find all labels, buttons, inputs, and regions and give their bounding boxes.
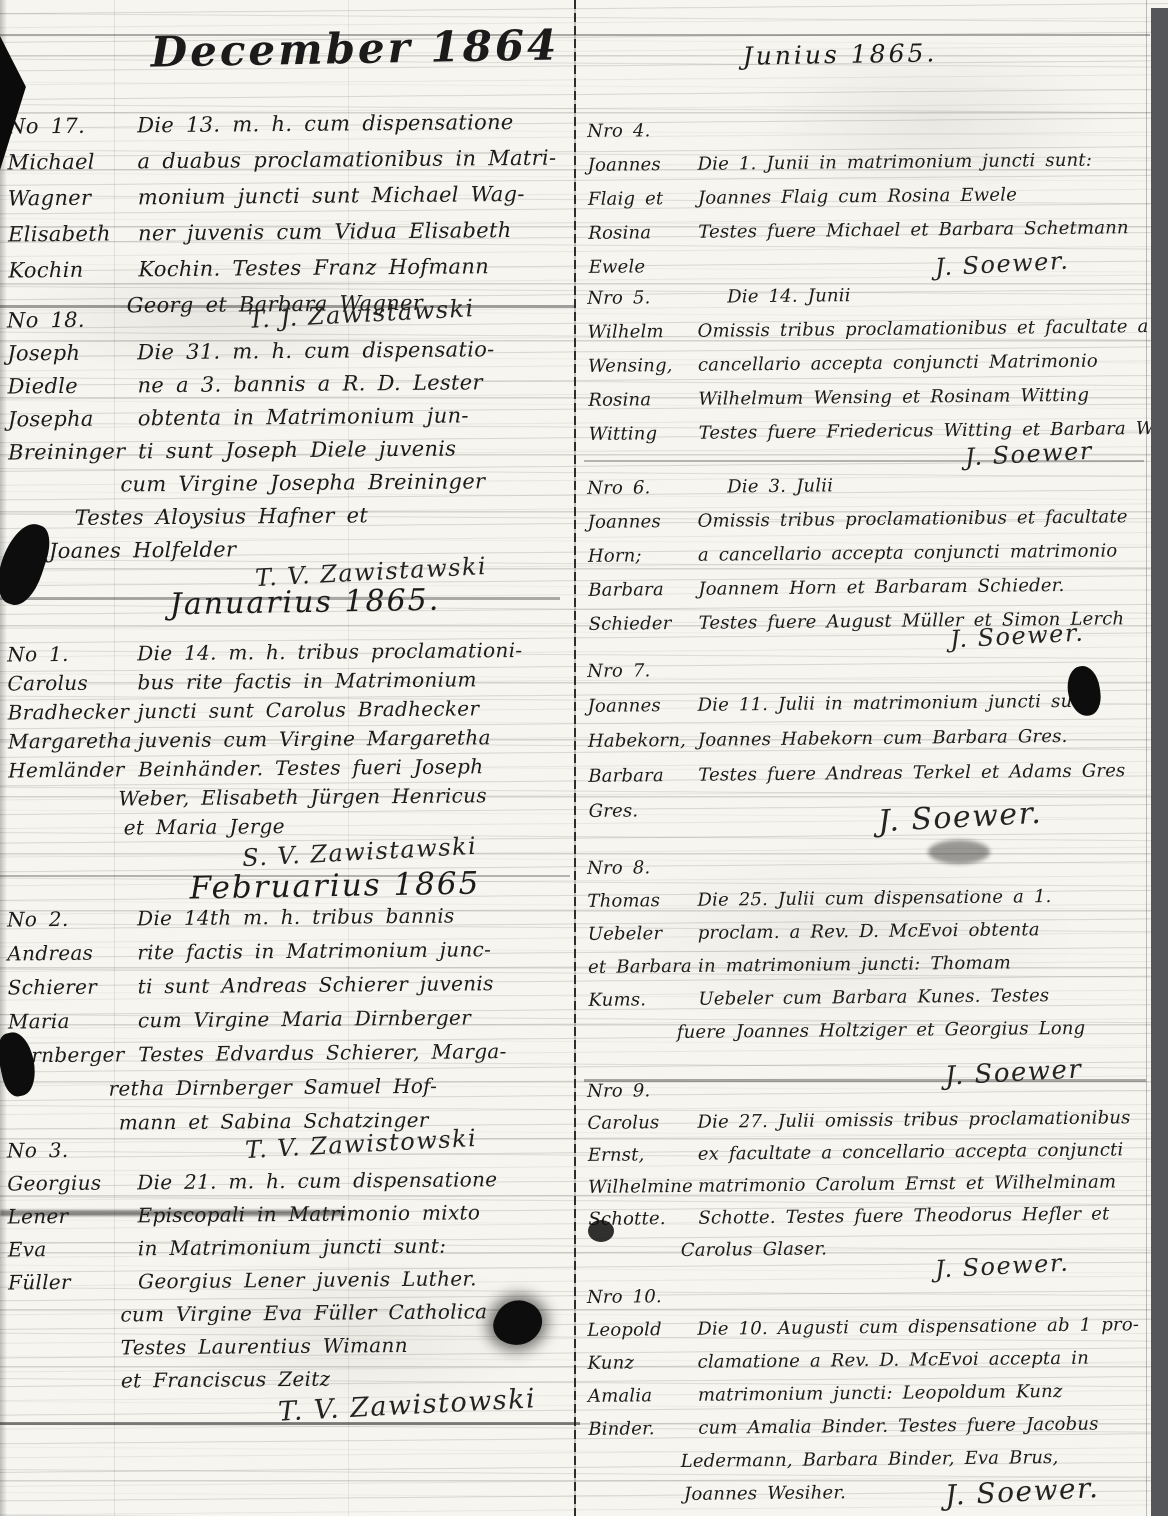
margin-name: Witting	[589, 423, 699, 445]
margin-name: Gres.	[589, 800, 699, 822]
entry-line: proclam. a Rev. D. McEvoi obtenta	[698, 918, 1148, 944]
margin-name: Margaretha	[8, 728, 138, 753]
entry-number: No 2.	[7, 906, 137, 931]
entry-line: cum Amalia Binder. Testes fuere Jacobus	[698, 1413, 1148, 1439]
margin-name: Breininger	[8, 439, 138, 464]
entry-line: Die 27. Julii omissis tribus proclamatio…	[697, 1107, 1147, 1133]
register-entry-no1: No 1.Die 14. m. h. tribus proclamationi-…	[7, 638, 571, 846]
entry-line	[697, 868, 1147, 873]
register-entry-nro5: Nro 5.Die 14. Junii WilhelmOmissis tribu…	[587, 282, 1149, 458]
entry-row: Andreasrite factis in Matrimonium junc-	[7, 937, 569, 976]
margin-name: Leopold	[587, 1319, 697, 1341]
entry-row: fuere Joannes Holtziger et Georgius Long	[589, 1017, 1149, 1056]
margin-name: Eva	[8, 1236, 138, 1261]
entry-line: Die 10. Augusti cum dispensatione ab 1 p…	[697, 1314, 1147, 1340]
margin-name: Josepha	[8, 406, 138, 431]
entry-line: Testes fuere Friedericus Witting et Barb…	[699, 417, 1168, 443]
entry-line: et Maria Jerge	[9, 812, 571, 841]
margin-name: Barbara	[588, 579, 698, 601]
entry-line: Uebeler cum Barbara Kunes. Testes	[698, 984, 1148, 1010]
entry-row: JosephDie 31. m. h. cum dispensatio-	[7, 337, 569, 375]
entry-line: fuere Joannes Holtziger et Georgius Long	[589, 1017, 1149, 1044]
entry-line: obtenta in Matrimonium jun-	[138, 403, 570, 431]
entry-line: Georgius Lener juvenis Luther.	[138, 1266, 570, 1294]
entry-number: No 3.	[7, 1137, 137, 1162]
entry-line: Episcopali in Matrimonio mixto	[137, 1200, 569, 1228]
entry-line: Die 13. m. h. cum dispensatione	[137, 110, 569, 138]
margin-name: Füller	[8, 1269, 138, 1294]
entry-line	[697, 1297, 1147, 1302]
entry-row: No 17.Die 13. m. h. cum dispensatione	[7, 110, 569, 151]
margin-name: Georgius	[7, 1170, 137, 1195]
entry-line: cum Virgine Josepha Breininger	[8, 469, 570, 498]
entry-row: Evain Matrimonium juncti sunt:	[8, 1233, 570, 1271]
margin-name: Wagner	[8, 185, 138, 210]
entry-line: Ledermann, Barbara Binder, Eva Brus,	[589, 1446, 1149, 1473]
entry-line: cancellario accepta conjuncti Matrimonio	[698, 350, 1148, 376]
entry-line: Omissis tribus proclamationibus et facul…	[697, 506, 1147, 532]
priest-signature: J. Soewer.	[877, 796, 1043, 840]
entry-line: cum Virgine Maria Dirnberger	[138, 1005, 570, 1033]
entry-line: Wilhelmum Wensing et Rosinam Witting	[698, 384, 1148, 410]
margin-name: Carolus	[587, 1112, 697, 1134]
entry-line: Die 21. m. h. cum dispensatione	[137, 1167, 569, 1195]
margin-name: Binder.	[588, 1418, 698, 1440]
margin-name: Hemländer	[8, 757, 138, 782]
entry-line: juvenis cum Virgine Margaretha	[138, 725, 570, 753]
entry-line: matrimonium juncti: Leopoldum Kunz	[698, 1380, 1148, 1406]
entry-line: Die 1. Junii in matrimonium juncti sunt:	[697, 149, 1147, 175]
entry-line: clamatione a Rev. D. McEvoi accepta in	[697, 1347, 1147, 1373]
entry-line: a cancellario accepta conjuncti matrimon…	[698, 540, 1148, 566]
margin-name: Thomas	[587, 890, 697, 912]
entry-row: Diedlene a 3. bannis a R. D. Lester	[7, 370, 569, 408]
entry-row: Testes Laurentius Wimann	[9, 1332, 571, 1370]
entry-line: Testes fuere Michael et Barbara Schetman…	[698, 217, 1148, 243]
entry-number: No 1.	[7, 641, 137, 666]
register-entry-no18: No 18. JosephDie 31. m. h. cum dispensat…	[7, 304, 571, 573]
margin-name: Joannes	[587, 695, 697, 717]
margin-name: Joseph	[7, 340, 137, 365]
margin-name: Bradhecker	[8, 699, 138, 724]
margin-name: Diedle	[7, 373, 137, 398]
entry-line: Die 14th m. h. tribus bannis	[137, 903, 569, 931]
margin-name: Joannes	[587, 511, 697, 533]
entry-line	[697, 131, 1147, 136]
entry-line: Testes Laurentius Wimann	[9, 1332, 571, 1361]
entry-line: matrimonio Carolum Ernst et Wilhelminam	[698, 1171, 1148, 1197]
entry-line: Die 14. m. h. tribus proclamationi-	[137, 638, 569, 666]
margin-name: et Barbara	[588, 956, 698, 978]
priest-signature: J. Soewer	[964, 437, 1093, 472]
entry-line: rite factis in Matrimonium junc-	[137, 937, 569, 965]
margin-name: Kunz	[587, 1352, 697, 1374]
entry-row: LenerEpiscopali in Matrimonio mixto	[7, 1200, 569, 1238]
entry-date-line: Die 3. Julii	[697, 472, 1147, 498]
entry-line: Omissis tribus proclamationibus et facul…	[697, 316, 1148, 342]
entry-line: ne a 3. bannis a R. D. Lester	[137, 370, 569, 398]
entry-number: Nro 6.	[587, 477, 697, 499]
entry-line	[697, 1091, 1147, 1096]
entry-row: BarbaraTestes fuere Andreas Terkel et Ad…	[588, 760, 1148, 801]
entry-line: monium juncti sunt Michael Wag-	[138, 182, 570, 210]
priest-signature: J. Soewer.	[934, 1249, 1070, 1284]
entry-date-line: Die 14. Junii	[697, 282, 1147, 308]
entry-line: Joannes Flaig cum Rosina Ewele	[698, 183, 1148, 209]
entry-line: retha Dirnberger Samuel Hof-	[8, 1073, 570, 1102]
page-edge-shadow	[0, 0, 7, 1516]
entry-line: ex facultate a concellario accepta conju…	[698, 1139, 1148, 1165]
entry-row: Testes Aloysius Hafner et	[9, 502, 571, 540]
entry-line: Die 31. m. h. cum dispensatio-	[137, 337, 569, 365]
margin-name: Elisabeth	[8, 221, 138, 246]
margin-name: Carolus	[7, 670, 137, 695]
entry-line: Testes Edvardus Schierer, Marga-	[138, 1039, 570, 1067]
entry-row: JoannesDie 11. Julii in matrimonium junc…	[587, 690, 1147, 731]
entry-number: Nro 7.	[587, 660, 697, 682]
entry-line: juncti sunt Carolus Bradhecker	[138, 696, 570, 724]
register-page-scan: December 1864 No 17.Die 13. m. h. cum di…	[0, 0, 1168, 1516]
entry-row: Elisabethner juvenis cum Vidua Elisabeth	[8, 218, 570, 259]
month-header-december: December 1864	[130, 20, 581, 77]
entry-line: ner juvenis cum Vidua Elisabeth	[138, 218, 570, 246]
margin-name: Flaig et	[588, 188, 698, 210]
ink-smudge	[928, 840, 990, 864]
register-entry-nro9: Nro 9. CarolusDie 27. Julii omissis trib…	[587, 1075, 1149, 1273]
margin-name: Kochin	[8, 257, 138, 282]
margin-name: Ernst,	[588, 1144, 698, 1166]
month-header-februarius: Februarius 1865	[135, 865, 536, 908]
entry-line: in matrimonium juncti: Thomam	[698, 951, 1148, 977]
margin-name: Barbara	[588, 765, 698, 787]
margin-name: Kums.	[588, 989, 698, 1011]
entry-row: Gres.	[589, 795, 1149, 836]
entry-line: Testes Aloysius Hafner et	[9, 502, 571, 531]
entry-row: cum Virgine Josepha Breininger	[8, 469, 570, 507]
entry-line: cum Virgine Eva Füller Catholica	[8, 1299, 570, 1328]
entry-number: Nro 8.	[587, 857, 697, 879]
entry-row: Michaela duabus proclamationibus in Matr…	[7, 146, 569, 187]
entry-number: Nro 10.	[587, 1286, 697, 1308]
priest-signature: J. Soewer.	[949, 619, 1085, 654]
entry-number: No 17.	[7, 113, 137, 138]
entry-number: Nro 9.	[587, 1080, 697, 1102]
entry-row: Habekorn,Joannes Habekorn cum Barbara Gr…	[588, 725, 1148, 766]
entry-row: Mariacum Virgine Maria Dirnberger	[8, 1005, 570, 1044]
margin-name: Wensing,	[588, 355, 698, 377]
month-header-junius: Junius 1865.	[700, 38, 980, 72]
entry-number: No 18.	[7, 307, 137, 332]
entry-line: Joannem Horn et Barbaram Schieder.	[698, 574, 1148, 600]
entry-line: a duabus proclamationibus in Matri-	[137, 146, 569, 174]
margin-name: Joannes	[587, 154, 697, 176]
register-entry-no17: No 17.Die 13. m. h. cum dispensatione Mi…	[7, 110, 571, 331]
entry-row: Wagnermonium juncti sunt Michael Wag-	[8, 182, 570, 223]
ink-blob	[588, 1220, 614, 1242]
register-entry-nro7: Nro 7. JoannesDie 11. Julii in matrimoni…	[587, 655, 1149, 836]
register-entry-no2: No 2.Die 14th m. h. tribus bannis Andrea…	[7, 903, 571, 1146]
entry-row: et Maria Jerge	[9, 812, 571, 846]
entry-line	[699, 267, 1149, 272]
entry-number: Nro 5.	[587, 287, 697, 309]
entry-row: GeorgiusDie 21. m. h. cum dispensatione	[7, 1167, 569, 1205]
entry-line: Weber, Elisabeth Jürgen Henricus	[8, 783, 570, 812]
entry-line: Kochin. Testes Franz Hofmann	[138, 254, 570, 282]
entry-line: ti sunt Andreas Schierer juvenis	[138, 971, 570, 999]
margin-name: Schierer	[8, 974, 138, 999]
entry-row: Schiererti sunt Andreas Schierer juvenis	[8, 971, 570, 1010]
margin-name: Wilhelmine	[588, 1176, 698, 1198]
register-entry-nro8: Nro 8. ThomasDie 25. Julii cum dispensat…	[587, 852, 1149, 1056]
margin-name: Horn;	[588, 545, 698, 567]
entry-row: Breiningerti sunt Joseph Diele juvenis	[8, 436, 570, 474]
scanner-edge-band	[1151, 8, 1168, 1516]
margin-name: Wilhelm	[587, 321, 697, 343]
entry-row: Nro 7.	[587, 655, 1147, 696]
margin-name: Schieder	[589, 613, 699, 635]
margin-name: Amalia	[588, 1385, 698, 1407]
entry-line: mann et Sabina Schatzinger	[9, 1107, 571, 1136]
entry-line: Joannes Habekorn cum Barbara Gres.	[698, 725, 1148, 751]
column-divider-rule	[574, 0, 576, 1516]
entry-line: bus rite factis in Matrimonium	[137, 667, 569, 695]
entry-number: Nro 4.	[587, 120, 697, 142]
entry-row: retha Dirnberger Samuel Hof-	[8, 1073, 570, 1112]
entry-row: No 2.Die 14th m. h. tribus bannis	[7, 903, 569, 942]
entry-row: KochinKochin. Testes Franz Hofmann	[8, 254, 570, 295]
entry-line: ti sunt Joseph Diele juvenis	[138, 436, 570, 464]
register-entry-no3: No 3. GeorgiusDie 21. m. h. cum dispensa…	[7, 1134, 571, 1403]
margin-name: Maria	[8, 1008, 138, 1033]
margin-name: Rosina	[588, 222, 698, 244]
entry-row: DirnbergerTestes Edvardus Schierer, Marg…	[8, 1039, 570, 1078]
entry-row: cum Virgine Eva Füller Catholica	[8, 1299, 570, 1337]
entry-line: Die 25. Julii cum dispensatione a 1.	[697, 885, 1147, 911]
margin-name: Rosina	[588, 389, 698, 411]
margin-name: Lener	[7, 1203, 137, 1228]
margin-name: Andreas	[7, 940, 137, 965]
margin-name: Michael	[7, 149, 137, 174]
entry-line: Beinhänder. Testes fueri Joseph	[138, 754, 570, 782]
entry-line: Joanes Holfelder	[9, 535, 571, 564]
margin-name: Ewele	[589, 256, 699, 278]
margin-name: Habekorn,	[588, 730, 698, 752]
entry-line: Testes fuere Andreas Terkel et Adams Gre…	[698, 760, 1148, 786]
entry-row: Josephaobtenta in Matrimonium jun-	[8, 403, 570, 441]
entry-line: in Matrimonium juncti sunt:	[138, 1233, 570, 1261]
entry-line: Schotte. Testes fuere Theodorus Hefler e…	[698, 1203, 1148, 1229]
margin-name: Uebeler	[588, 923, 698, 945]
entry-row: FüllerGeorgius Lener juvenis Luther.	[8, 1266, 570, 1304]
